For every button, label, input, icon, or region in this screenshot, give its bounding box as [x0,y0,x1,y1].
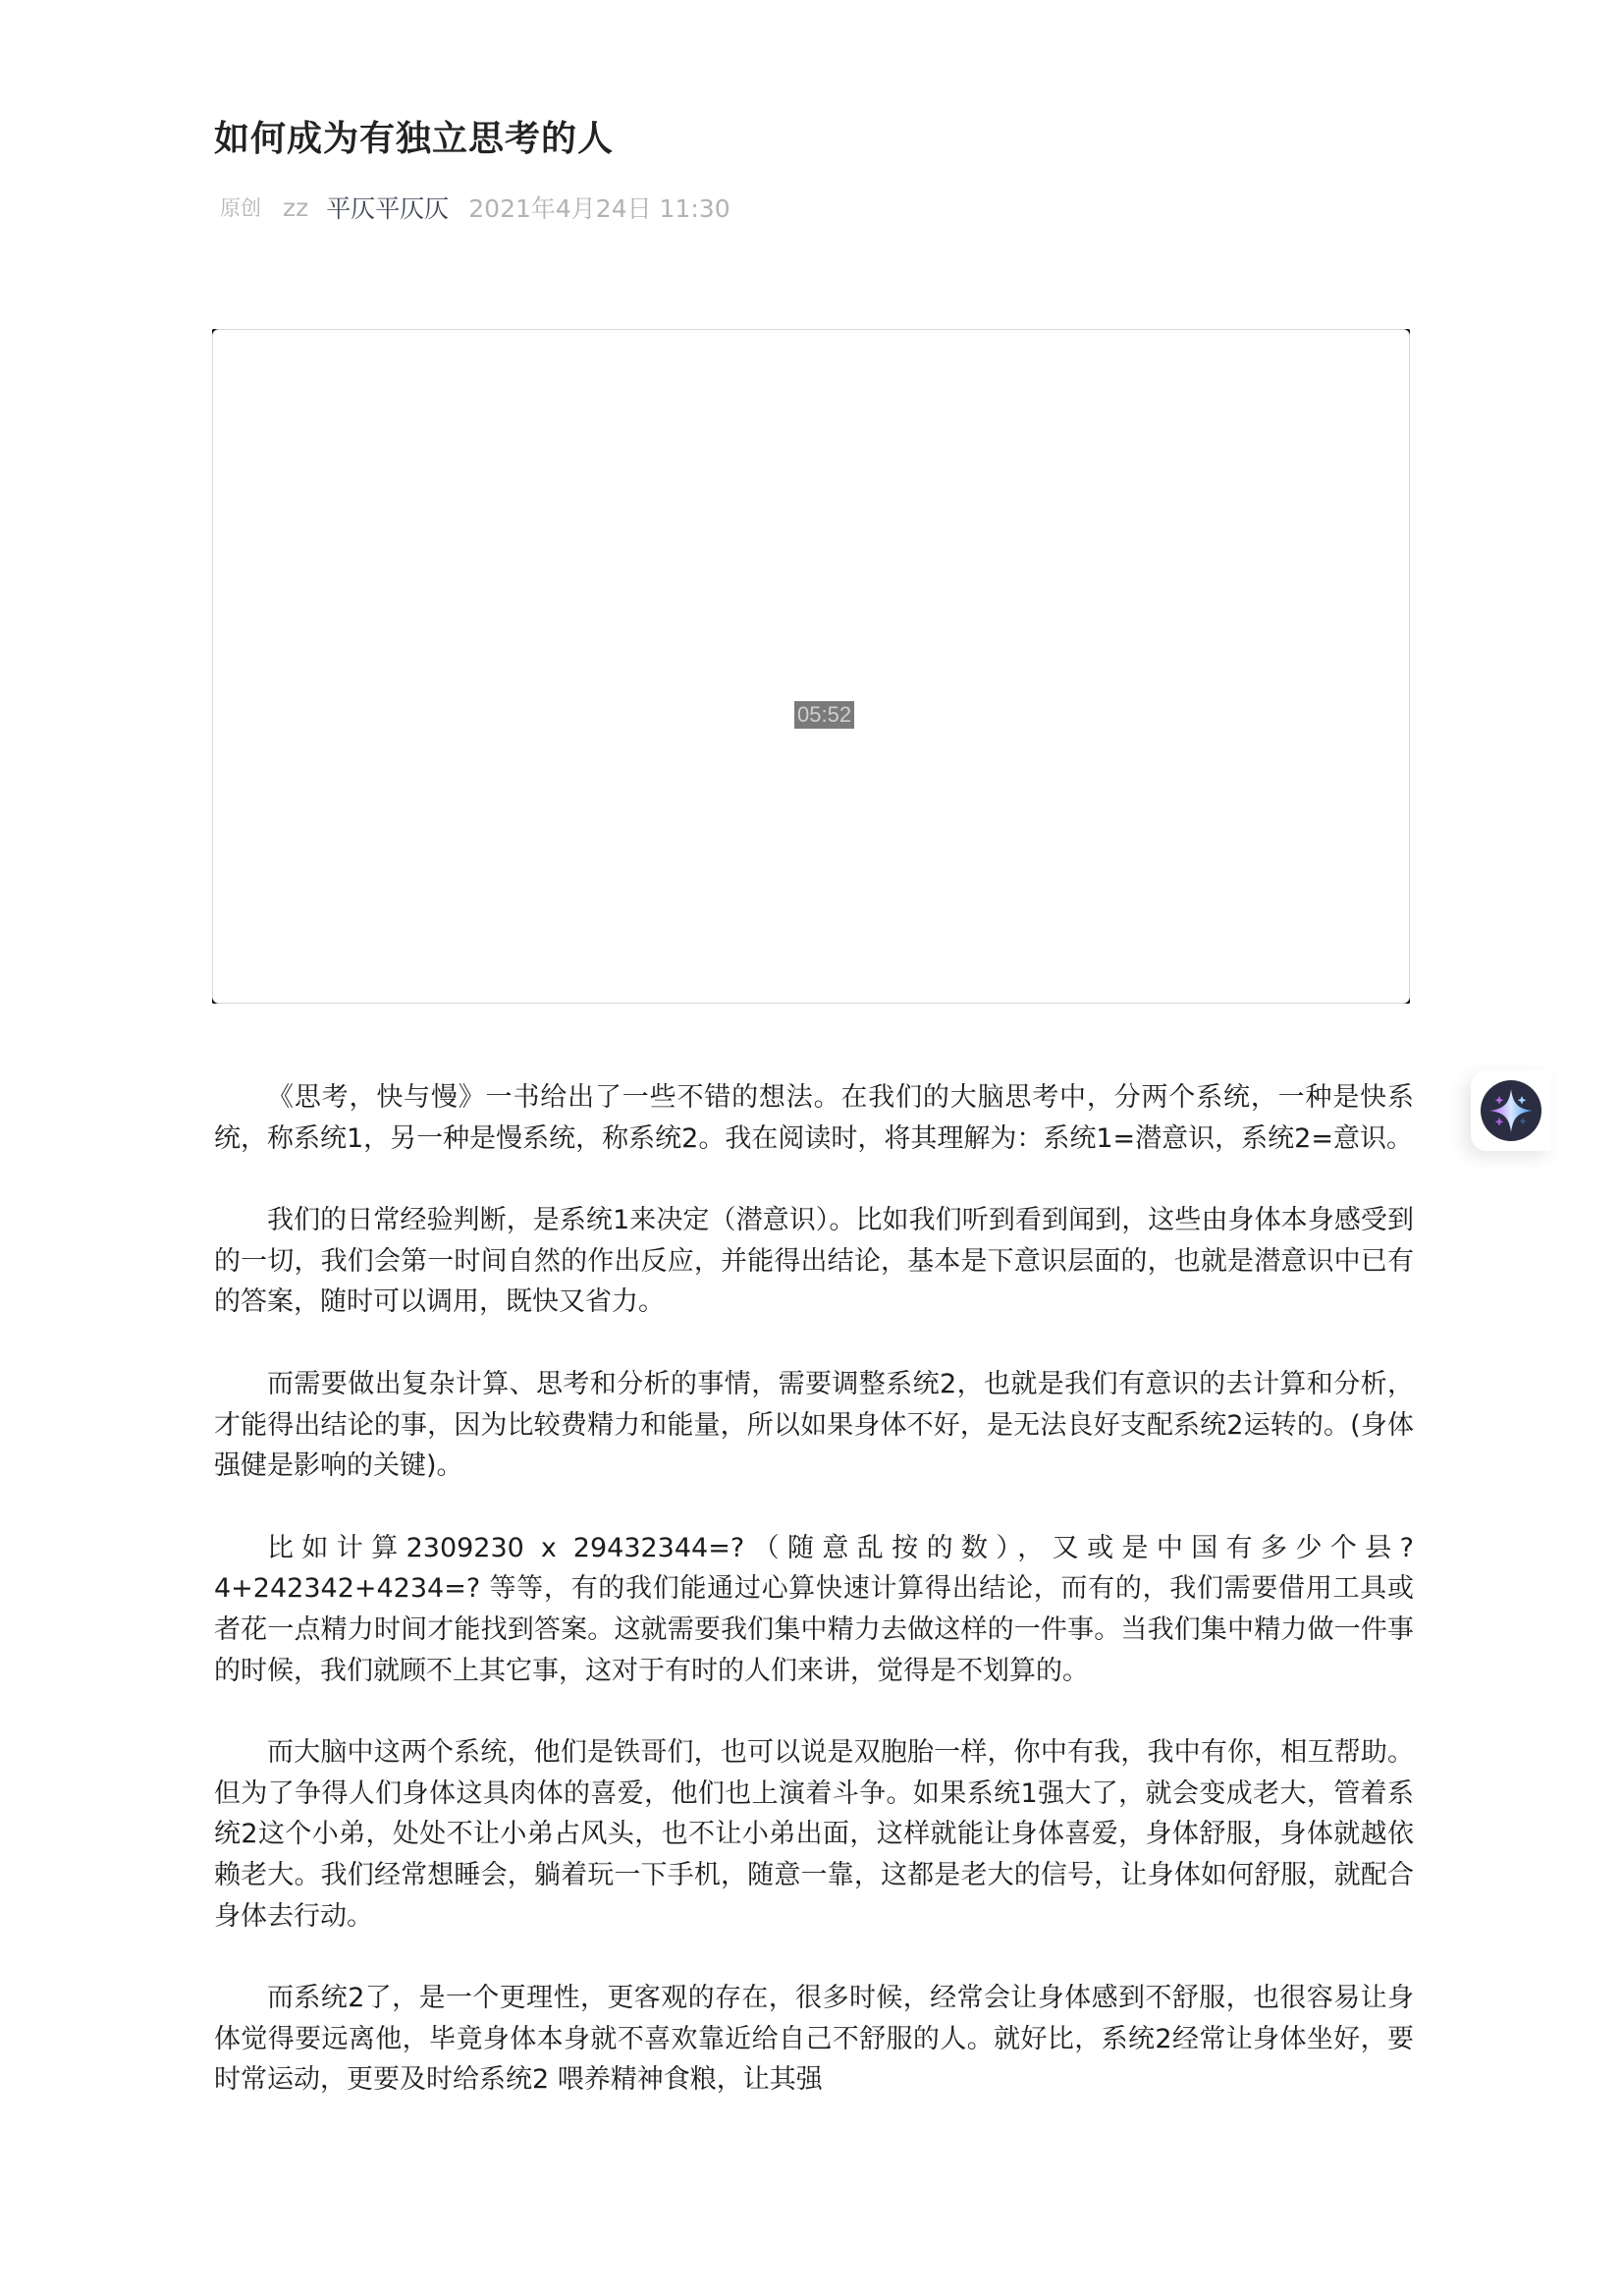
paragraph: 而系统2了，是一个更理性，更客观的存在，很多时候，经常会让身体感到不舒服，也很容… [214,1978,1414,2101]
ai-assistant-button[interactable] [1471,1070,1551,1151]
article-title: 如何成为有独立思考的人 [214,116,614,163]
article-body: 《思考，快与慢》一书给出了一些不错的想法。在我们的大脑思考中，分两个系统，一种是… [214,1077,1414,2142]
paragraph: 而大脑中这两个系统，他们是铁哥们，也可以说是双胞胎一样，你中有我，我中有你，相互… [214,1732,1414,1937]
sparkle-icon [1481,1080,1541,1141]
video-player[interactable]: 05:52 [212,329,1410,1004]
writer-name: zz [283,193,308,222]
paragraph: 《思考，快与慢》一书给出了一些不错的想法。在我们的大脑思考中，分两个系统，一种是… [214,1077,1414,1159]
account-name-link[interactable]: 平仄平仄仄 [326,190,449,225]
original-label: 原创 [220,192,261,222]
paragraph: 我们的日常经验判断，是系统1来决定（潜意识）。比如我们听到看到闻到，这些由身体本… [214,1200,1414,1323]
video-poster[interactable]: 05:52 [212,329,1410,1004]
article-meta: 原创 zz 平仄平仄仄 2021年4月24日 11:30 [220,190,730,225]
paragraph: 比如计算2309230 x 29432344=?（随意乱按的数），又或是中国有多… [214,1528,1414,1691]
publish-time: 2021年4月24日 11:30 [468,190,730,225]
video-duration: 05:52 [794,701,854,729]
sparkle-icon-svg [1487,1086,1536,1135]
paragraph: 而需要做出复杂计算、思考和分析的事情，需要调整系统2，也就是我们有意识的去计算和… [214,1364,1414,1487]
